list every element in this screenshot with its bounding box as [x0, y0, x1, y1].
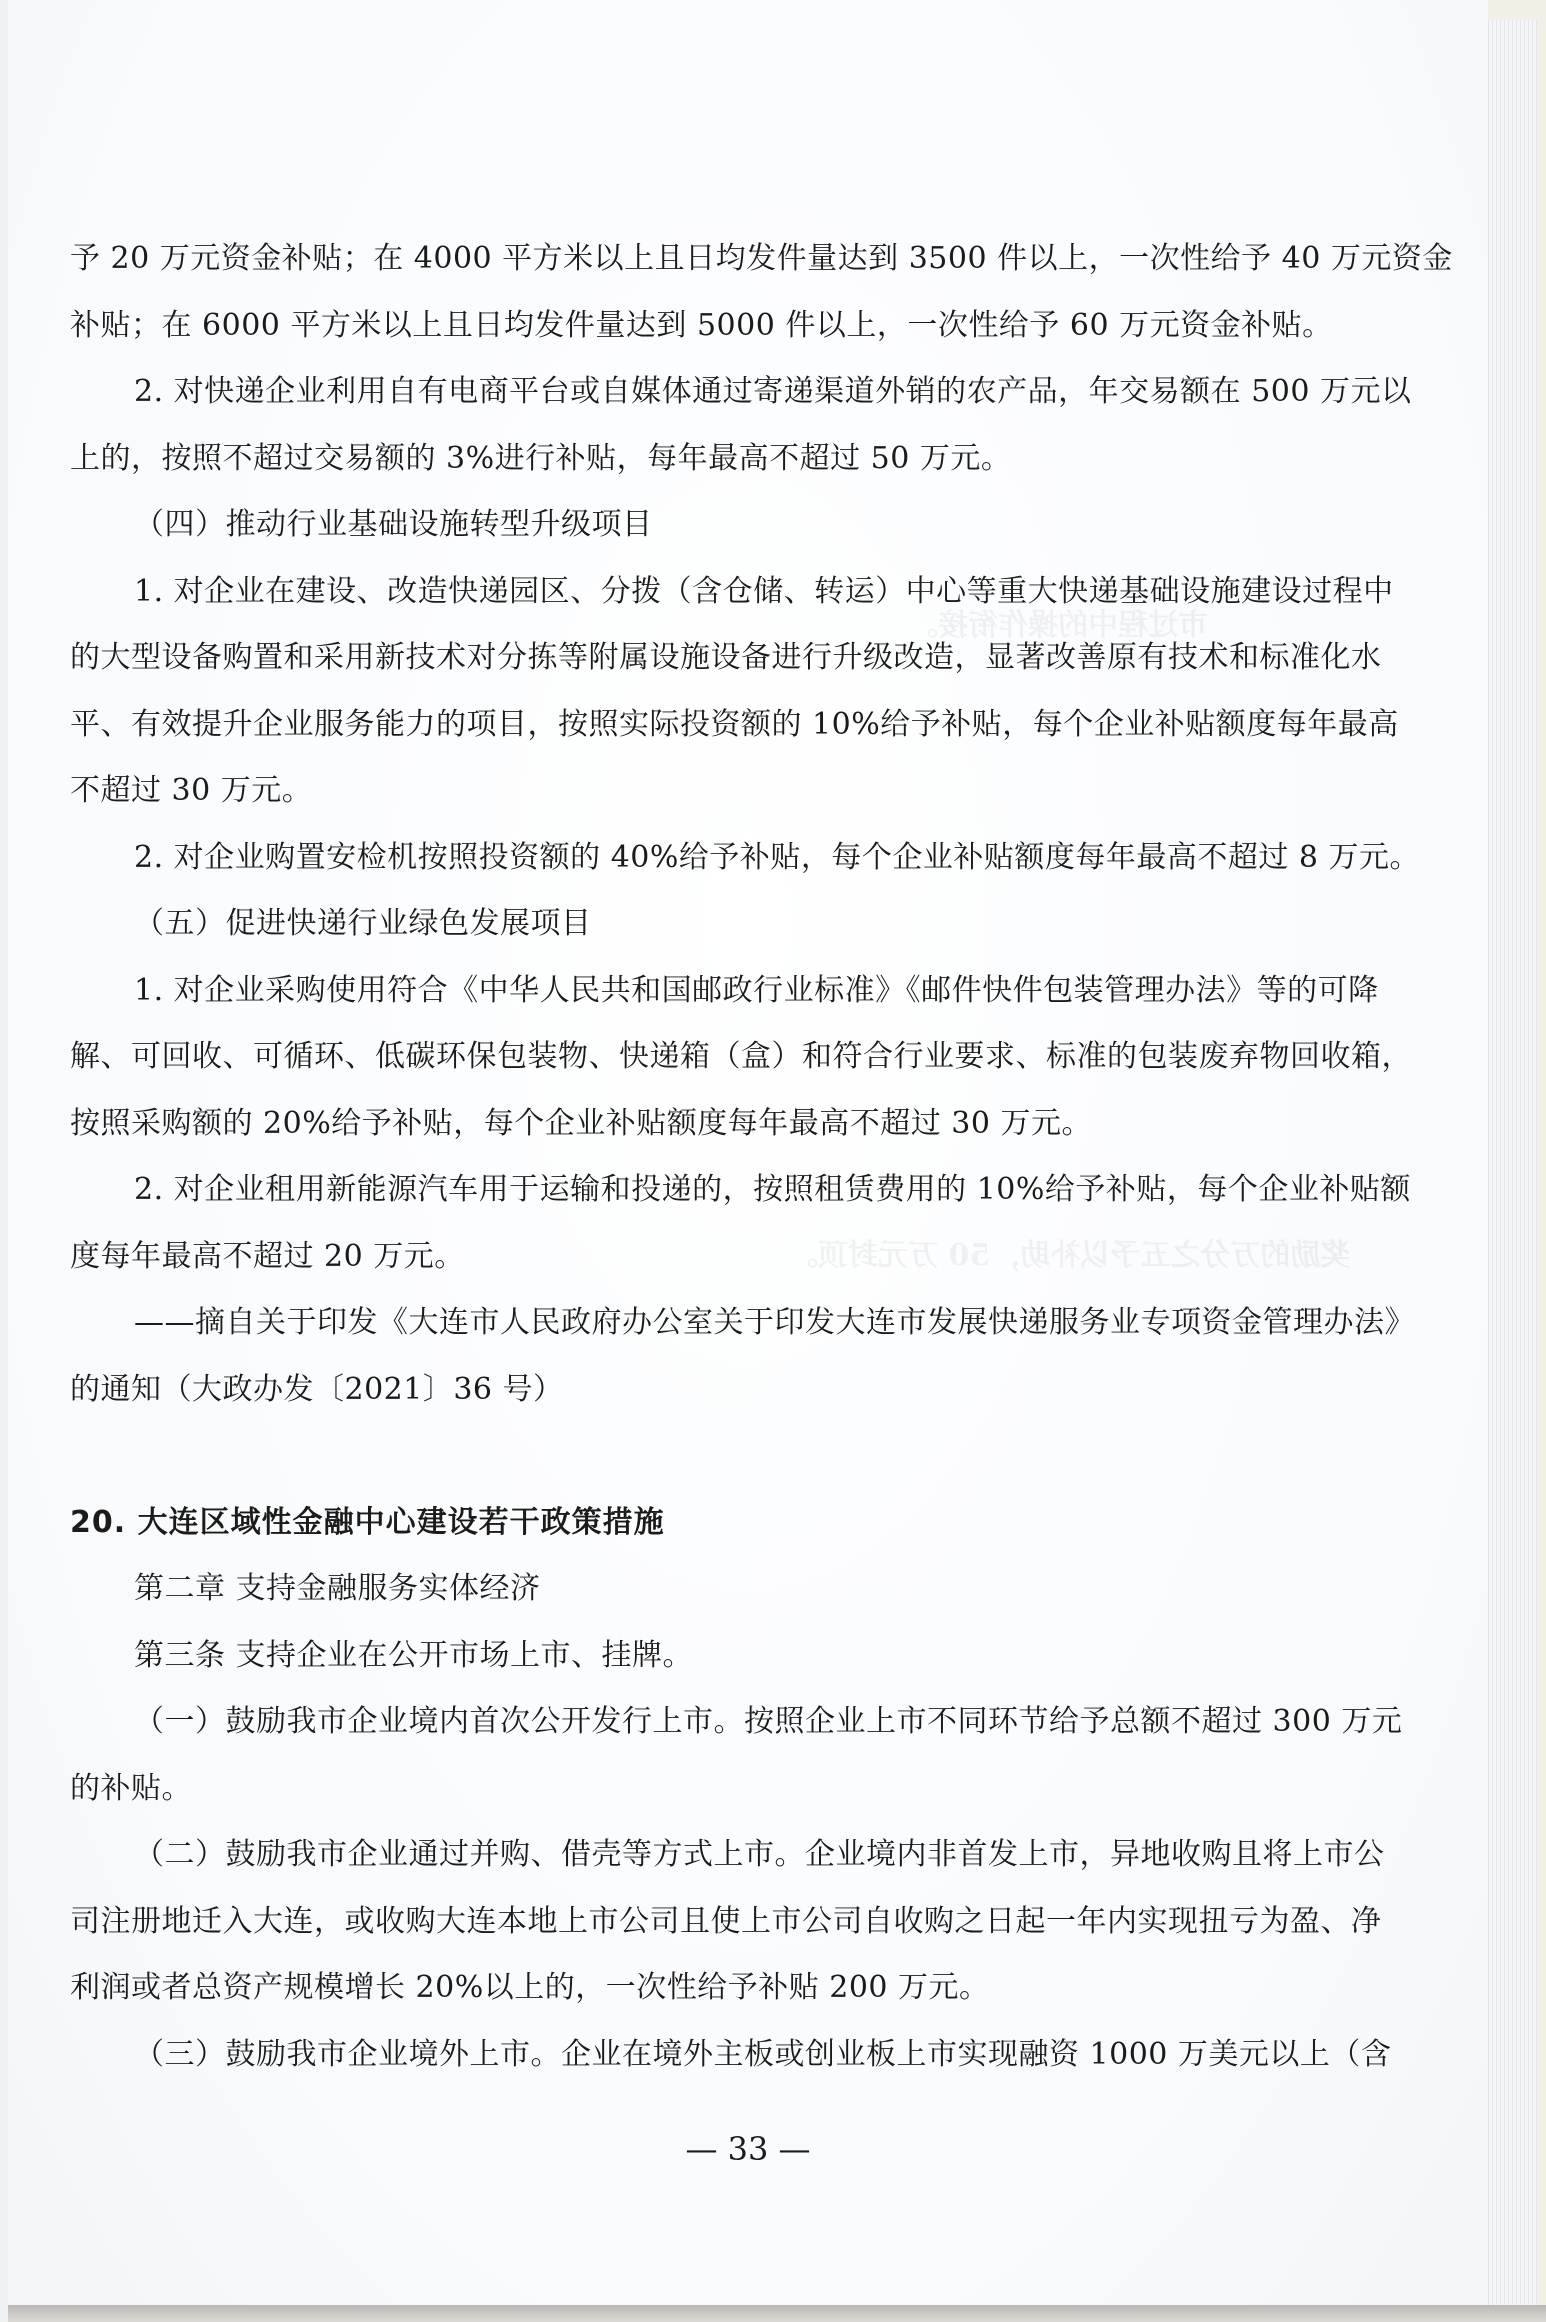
body-line: 平、有效提升企业服务能力的项目，按照实际投资额的 10%给予补贴，每个企业补贴额… — [70, 705, 1301, 745]
body-line: 的补贴。 — [70, 1769, 1301, 1809]
body-line: 补贴；在 6000 平方米以上且日均发件量达到 5000 件以上，一次性给予 6… — [70, 306, 1301, 346]
body-line: （三）鼓励我市企业境外上市。企业在境外主板或创业板上市实现融资 1000 万美元… — [70, 2035, 1301, 2075]
article-heading: 第三条 支持企业在公开市场上市、挂牌。 — [70, 1636, 1301, 1676]
body-line: 利润或者总资产规模增长 20%以上的，一次性给予补贴 200 万元。 — [70, 1968, 1301, 2008]
body-line: （二）鼓励我市企业通过并购、借壳等方式上市。企业境内非首发上市，异地收购且将上市… — [70, 1835, 1301, 1875]
source-citation: 的通知（大政办发〔2021〕36 号） — [70, 1370, 1301, 1410]
page-number: — 33 — — [8, 2130, 1488, 2168]
body-line: （一）鼓励我市企业境内首次公开发行上市。按照企业上市不同环节给予总额不超过 30… — [70, 1702, 1301, 1742]
body-line: 解、可回收、可循环、低碳环保包装物、快递箱（盒）和符合行业要求、标准的包装废弃物… — [70, 1037, 1301, 1077]
body-line: 不超过 30 万元。 — [70, 771, 1301, 811]
body-line: 司注册地迁入大连，或收购大连本地上市公司且使上市公司自收购之日起一年内实现扭亏为… — [70, 1902, 1301, 1942]
body-line: 1. 对企业采购使用符合《中华人民共和国邮政行业标准》《邮件快件包装管理办法》等… — [70, 971, 1301, 1011]
source-citation: ——摘自关于印发《大连市人民政府办公室关于印发大连市发展快递服务业专项资金管理办… — [70, 1303, 1301, 1343]
scan-bottom-edge — [8, 2305, 1546, 2322]
body-line: 2. 对快递企业利用自有电商平台或自媒体通过寄递渠道外销的农产品，年交易额在 5… — [70, 372, 1301, 412]
body-line: 的大型设备购置和采用新技术对分拣等附属设施设备进行升级改造，显著改善原有技术和标… — [70, 638, 1301, 678]
chapter-heading: 第二章 支持金融服务实体经济 — [70, 1569, 1301, 1609]
body-line: 度每年最高不超过 20 万元。 — [70, 1237, 1301, 1277]
body-line: 上的，按照不超过交易额的 3%进行补贴，每年最高不超过 50 万元。 — [70, 439, 1301, 479]
body-line: 2. 对企业购置安检机按照投资额的 40%给予补贴，每个企业补贴额度每年最高不超… — [70, 838, 1301, 878]
body-line: 2. 对企业租用新能源汽车用于运输和投递的，按照租赁费用的 10%给予补贴，每个… — [70, 1170, 1301, 1210]
body-line: 1. 对企业在建设、改造快递园区、分拨（含仓储、转运）中心等重大快递基础设施建设… — [70, 572, 1301, 612]
section-heading-4: （四）推动行业基础设施转型升级项目 — [70, 505, 1301, 545]
policy-title: 20. 大连区域性金融中心建设若干政策措施 — [70, 1503, 1301, 1543]
body-line: 按照采购额的 20%给予补贴，每个企业补贴额度每年最高不超过 30 万元。 — [70, 1104, 1301, 1144]
document-page: 市过程中的操作衔接。 奖励的万分之五予以补助，50 万元封顶。 予 20 万元资… — [8, 0, 1488, 2305]
body-line: 予 20 万元资金补贴；在 4000 平方米以上且日均发件量达到 3500 件以… — [70, 239, 1301, 279]
scan-left-edge — [0, 0, 8, 2322]
page-stack-edge — [1488, 20, 1537, 2310]
section-heading-5: （五）促进快递行业绿色发展项目 — [70, 904, 1301, 944]
